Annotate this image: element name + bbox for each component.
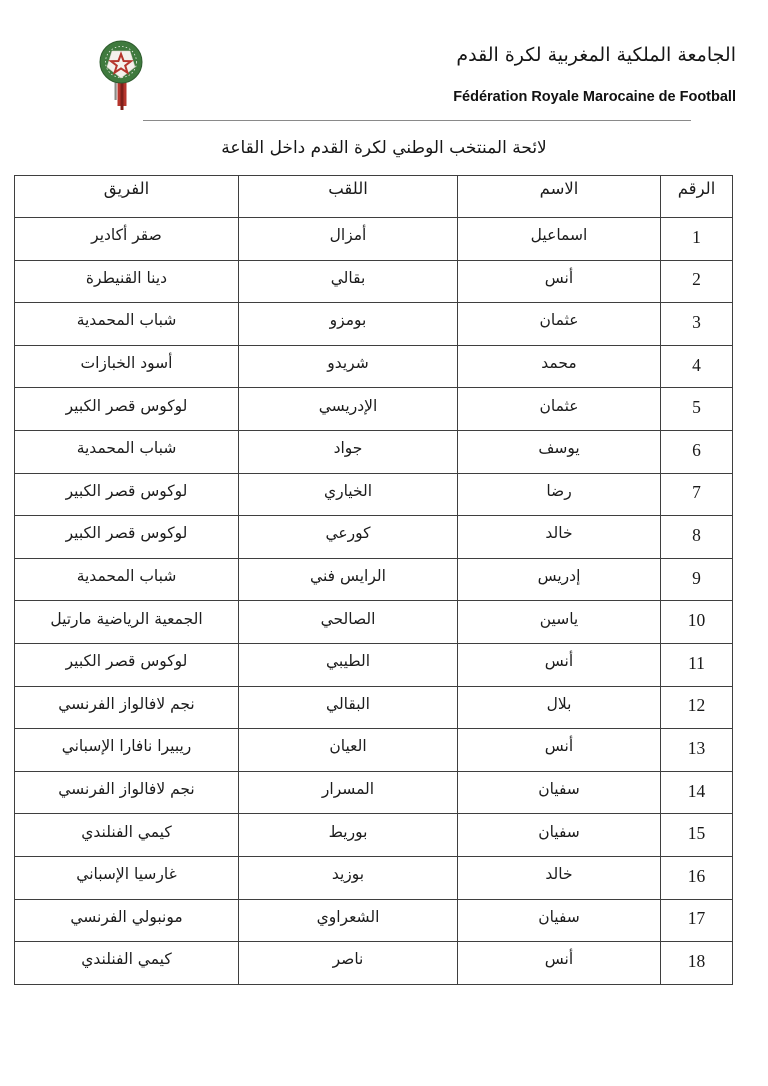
cell-player-last-name: بوريط: [239, 814, 458, 857]
table-row: 6 يوسف جواد شباب المحمدية: [15, 430, 733, 473]
table-row: 2 أنس بقالي دينا القنيطرة: [15, 260, 733, 303]
cell-player-team: الجمعية الرياضية مارتيل: [15, 601, 239, 644]
cell-player-first-name: خالد: [458, 856, 661, 899]
cell-player-first-name: سفيان: [458, 899, 661, 942]
cell-player-number: 18: [661, 942, 733, 985]
table-row: 18 أنس ناصر كيمي الفنلندي: [15, 942, 733, 985]
cell-player-team: لوكوس قصر الكبير: [15, 473, 239, 516]
cell-player-last-name: المسرار: [239, 771, 458, 814]
cell-player-number: 16: [661, 856, 733, 899]
cell-player-last-name: الطيبي: [239, 643, 458, 686]
cell-player-first-name: أنس: [458, 260, 661, 303]
cell-player-team: لوكوس قصر الكبير: [15, 516, 239, 559]
page-title: لائحة المنتخب الوطني لكرة القدم داخل الق…: [0, 138, 768, 158]
cell-player-number: 15: [661, 814, 733, 857]
cell-player-number: 4: [661, 345, 733, 388]
cell-player-last-name: الشعراوي: [239, 899, 458, 942]
cell-player-number: 5: [661, 388, 733, 431]
table-row: 9 إدريس الرايس فني شباب المحمدية: [15, 558, 733, 601]
cell-player-number: 6: [661, 430, 733, 473]
table-row: 5 عثمان الإدريسي لوكوس قصر الكبير: [15, 388, 733, 431]
cell-player-last-name: الصالحي: [239, 601, 458, 644]
cell-player-number: 17: [661, 899, 733, 942]
table-row: 17 سفيان الشعراوي مونبولي الفرنسي: [15, 899, 733, 942]
org-name-french: Fédération Royale Marocaine de Football: [453, 89, 736, 105]
cell-player-first-name: إدريس: [458, 558, 661, 601]
cell-player-number: 10: [661, 601, 733, 644]
cell-player-team: كيمي الفنلندي: [15, 814, 239, 857]
cell-player-number: 9: [661, 558, 733, 601]
cell-player-last-name: العيان: [239, 729, 458, 772]
cell-player-last-name: جواد: [239, 430, 458, 473]
cell-player-last-name: الرايس فني: [239, 558, 458, 601]
cell-player-number: 3: [661, 303, 733, 346]
cell-player-last-name: كورعي: [239, 516, 458, 559]
cell-player-last-name: بومزو: [239, 303, 458, 346]
cell-player-last-name: البقالي: [239, 686, 458, 729]
cell-player-first-name: محمد: [458, 345, 661, 388]
cell-player-team: شباب المحمدية: [15, 558, 239, 601]
column-header-last-name: اللقب: [239, 176, 458, 218]
cell-player-first-name: رضا: [458, 473, 661, 516]
cell-player-number: 2: [661, 260, 733, 303]
cell-player-first-name: عثمان: [458, 388, 661, 431]
cell-player-team: نجم لافالواز الفرنسي: [15, 771, 239, 814]
cell-player-first-name: عثمان: [458, 303, 661, 346]
cell-player-last-name: أمزال: [239, 218, 458, 261]
cell-player-team: غارسيا الإسباني: [15, 856, 239, 899]
cell-player-last-name: الإدريسي: [239, 388, 458, 431]
table-row: 16 خالد بوزيد غارسيا الإسباني: [15, 856, 733, 899]
cell-player-last-name: بقالي: [239, 260, 458, 303]
cell-player-last-name: الخياري: [239, 473, 458, 516]
table-row: 14 سفيان المسرار نجم لافالواز الفرنسي: [15, 771, 733, 814]
cell-player-team: مونبولي الفرنسي: [15, 899, 239, 942]
roster-body: 1 اسماعيل أمزال صقر أكادير 2 أنس بقالي د…: [15, 218, 733, 985]
table-header-row: الرقم الاسم اللقب الفريق: [15, 176, 733, 218]
column-header-first-name: الاسم: [458, 176, 661, 218]
cell-player-number: 11: [661, 643, 733, 686]
header-divider: [143, 120, 691, 121]
cell-player-first-name: يوسف: [458, 430, 661, 473]
cell-player-first-name: ياسين: [458, 601, 661, 644]
table-row: 15 سفيان بوريط كيمي الفنلندي: [15, 814, 733, 857]
cell-player-number: 12: [661, 686, 733, 729]
cell-player-team: لوكوس قصر الكبير: [15, 643, 239, 686]
cell-player-team: لوكوس قصر الكبير: [15, 388, 239, 431]
table-row: 13 أنس العيان ريبيرا نافارا الإسباني: [15, 729, 733, 772]
cell-player-team: دينا القنيطرة: [15, 260, 239, 303]
table-row: 11 أنس الطيبي لوكوس قصر الكبير: [15, 643, 733, 686]
column-header-team: الفريق: [15, 176, 239, 218]
cell-player-first-name: سفيان: [458, 814, 661, 857]
cell-player-first-name: اسماعيل: [458, 218, 661, 261]
cell-player-first-name: أنس: [458, 643, 661, 686]
cell-player-number: 7: [661, 473, 733, 516]
cell-player-team: صقر أكادير: [15, 218, 239, 261]
table-row: 10 ياسين الصالحي الجمعية الرياضية مارتيل: [15, 601, 733, 644]
cell-player-first-name: سفيان: [458, 771, 661, 814]
cell-player-number: 1: [661, 218, 733, 261]
cell-player-first-name: أنس: [458, 729, 661, 772]
table-row: 3 عثمان بومزو شباب المحمدية: [15, 303, 733, 346]
cell-player-number: 14: [661, 771, 733, 814]
cell-player-team: ريبيرا نافارا الإسباني: [15, 729, 239, 772]
cell-player-team: شباب المحمدية: [15, 430, 239, 473]
cell-player-first-name: خالد: [458, 516, 661, 559]
cell-player-last-name: بوزيد: [239, 856, 458, 899]
cell-player-last-name: شريدو: [239, 345, 458, 388]
cell-player-first-name: أنس: [458, 942, 661, 985]
table-row: 12 بلال البقالي نجم لافالواز الفرنسي: [15, 686, 733, 729]
cell-player-first-name: بلال: [458, 686, 661, 729]
cell-player-team: أسود الخبازات: [15, 345, 239, 388]
cell-player-number: 8: [661, 516, 733, 559]
cell-player-number: 13: [661, 729, 733, 772]
org-name-arabic: الجامعة الملكية المغربية لكرة القدم: [456, 44, 736, 66]
cell-player-team: شباب المحمدية: [15, 303, 239, 346]
frmf-crest-icon: [97, 40, 145, 114]
table-row: 8 خالد كورعي لوكوس قصر الكبير: [15, 516, 733, 559]
cell-player-team: نجم لافالواز الفرنسي: [15, 686, 239, 729]
table-row: 1 اسماعيل أمزال صقر أكادير: [15, 218, 733, 261]
table-row: 7 رضا الخياري لوكوس قصر الكبير: [15, 473, 733, 516]
cell-player-team: كيمي الفنلندي: [15, 942, 239, 985]
document-page: الجامعة الملكية المغربية لكرة القدم Fédé…: [0, 0, 768, 1086]
cell-player-last-name: ناصر: [239, 942, 458, 985]
roster-table: الرقم الاسم اللقب الفريق 1 اسماعيل أمزال…: [14, 175, 733, 985]
table-row: 4 محمد شريدو أسود الخبازات: [15, 345, 733, 388]
column-header-number: الرقم: [661, 176, 733, 218]
